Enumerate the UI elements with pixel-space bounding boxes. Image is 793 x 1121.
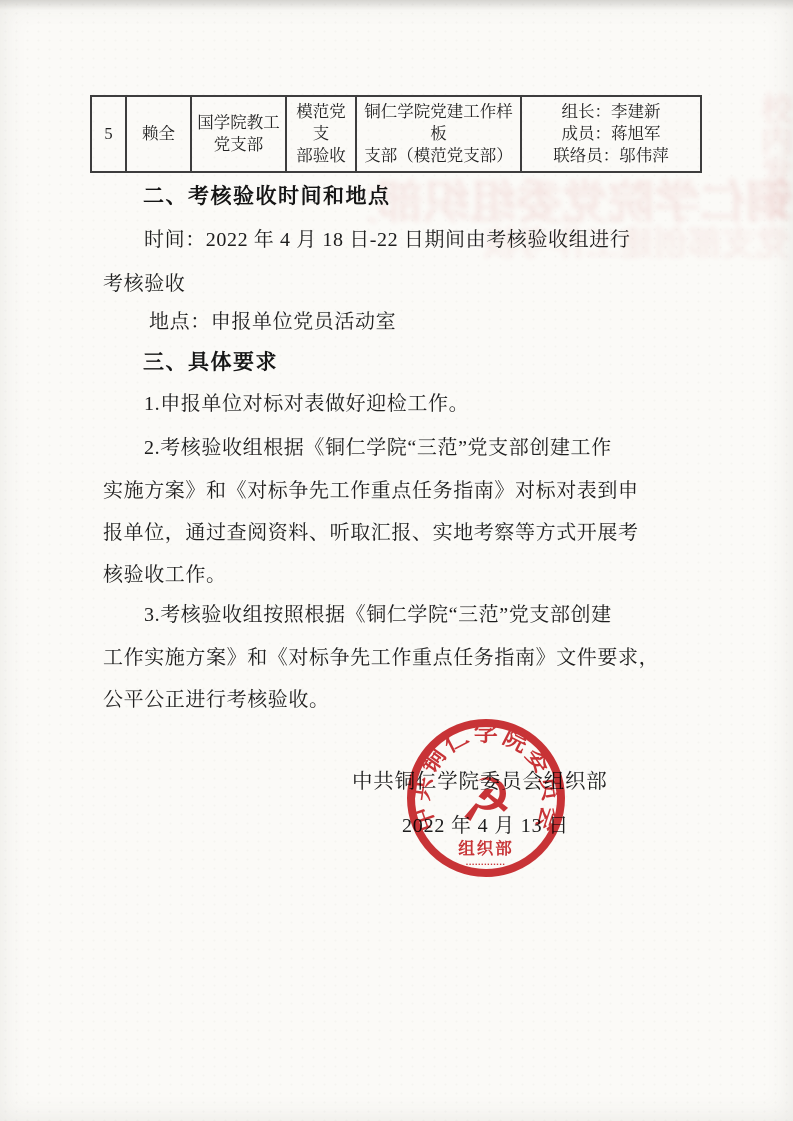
ghost-bleed-text: 校内发文 [752, 92, 793, 307]
cell-check-line: 部验收 [289, 145, 353, 167]
group-leader: 组长：李建新 [524, 101, 698, 123]
cell-assessment-group: 组长：李建新 成员：蒋旭军 联络员：邬伟萍 [521, 96, 701, 172]
body-line: 工作实施方案》和《对标争先工作重点任务指南》文件要求， [103, 645, 659, 671]
group-liaison: 联络员：邬伟萍 [524, 145, 698, 167]
body-line: 时间：2022 年 4 月 18 日-22 日期间由考核验收组进行 [103, 227, 630, 253]
cell-target-line: 铜仁学院党建工作样板 [359, 101, 518, 145]
seal-bottom-text: 组织部 [458, 838, 514, 858]
body-line: 实施方案》和《对标争先工作重点任务指南》对标对表到申 [103, 478, 639, 504]
body-line: 2.考核验收组根据《铜仁学院“三范”党支部创建工作 [103, 435, 612, 461]
body-line: 1.申报单位对标对表做好迎检工作。 [103, 391, 469, 417]
seal-serial: ▪▪▪▪▪▪▪▪▪▪▪▪▪ [466, 862, 506, 868]
cell-branch-line: 国学院教工 [194, 112, 283, 134]
cell-branch: 国学院教工 党支部 [191, 96, 286, 172]
body-line: 公平公正进行考核验收。 [103, 687, 330, 713]
cell-target-line: 支部（模范党支部） [359, 145, 518, 167]
document-page: 铜仁学院党委组织部文件 党支部创建工作考核 校内发文 5 赖全 国学院教工 党支… [0, 0, 793, 1121]
group-member: 成员：蒋旭军 [524, 123, 698, 145]
section-2-heading: 二、考核验收时间和地点 [143, 184, 391, 210]
ghost-bleed-text: 铜仁学院党委组织部文件 [368, 166, 792, 232]
scan-edge-shadow [0, 0, 793, 10]
body-line: 考核验收 [103, 271, 185, 297]
assessment-table: 5 赖全 国学院教工 党支部 模范党支 部验收 铜仁学院党建工作样板 支部（模范… [90, 95, 702, 173]
cell-branch-line: 党支部 [194, 134, 283, 156]
cell-applicant-name: 赖全 [126, 96, 191, 172]
official-seal: 中共铜仁学院委员会 ☭ 组织部 ▪▪▪▪▪▪▪▪▪▪▪▪▪ [404, 716, 568, 880]
body-line: 3.考核验收组按照根据《铜仁学院“三范”党支部创建 [103, 602, 612, 628]
hammer-sickle-icon: ☭ [459, 766, 513, 836]
cell-target: 铜仁学院党建工作样板 支部（模范党支部） [356, 96, 521, 172]
cell-check-line: 模范党支 [289, 101, 353, 145]
section-3-heading: 三、具体要求 [143, 350, 278, 376]
body-line: 地点：申报单位党员活动室 [103, 309, 396, 335]
body-line: 报单位，通过查阅资料、听取汇报、实地考察等方式开展考 [103, 520, 639, 546]
cell-index: 5 [91, 96, 126, 172]
table-row: 5 赖全 国学院教工 党支部 模范党支 部验收 铜仁学院党建工作样板 支部（模范… [91, 96, 701, 172]
body-line: 核验收工作。 [103, 562, 227, 588]
cell-check-type: 模范党支 部验收 [286, 96, 356, 172]
